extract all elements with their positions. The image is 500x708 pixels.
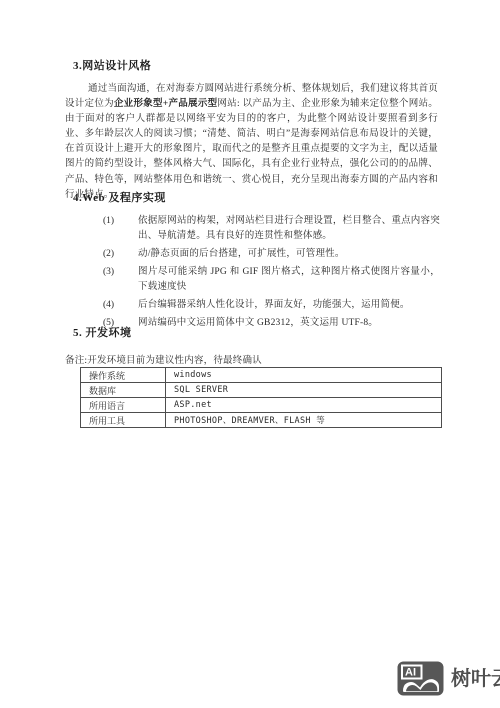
section-heading-web-implementation: 4.Web 及程序实现	[73, 189, 166, 205]
dev-environment-note: 备注:开发环境目前为建议性内容，待最终确认	[65, 352, 262, 366]
list-item-number: (3)	[103, 265, 138, 296]
table-row-label: 所用工具	[81, 413, 166, 428]
table-row-label: 数据库	[81, 383, 166, 398]
design-style-paragraph: 通过当面沟通，在对海泰方圆网站进行系统分析、整体规划后，我们建议将其首页设计定位…	[65, 82, 438, 203]
list-item-number: (2)	[103, 247, 138, 262]
table-row-value: ASP.net	[166, 398, 442, 413]
list-item-text: 网站编码中文运用简体中文 GB2312，英文运用 UTF-8。	[138, 316, 440, 331]
table-row-value: windows	[166, 368, 442, 383]
document-page: 3.网站设计风格 通过当面沟通，在对海泰方圆网站进行系统分析、整体规划后，我们建…	[0, 0, 500, 708]
table-row: 操作系统 windows	[81, 368, 442, 383]
list-item-number: (4)	[103, 298, 138, 313]
watermark-logo: AI 树叶云	[397, 661, 500, 696]
dev-environment-table: 操作系统 windows 数据库 SQL SERVER 所用语言 ASP.net…	[80, 367, 442, 428]
list-item-text: 动/静态页面的后台搭建，可扩展性，可管理性。	[138, 247, 440, 262]
list-item: (2) 动/静态页面的后台搭建，可扩展性，可管理性。	[103, 247, 440, 262]
table-row-label: 所用语言	[81, 398, 166, 413]
list-item: (1) 依据原网站的构架，对网站栏目进行合理设置，栏目整合、重点内容突出、导航清…	[103, 214, 440, 245]
list-item-text: 图片尽可能采纳 JPG 和 GIF 图片格式，这种图片格式使图片容量小，下载速度…	[138, 265, 440, 296]
svg-text:AI: AI	[405, 667, 416, 679]
section-heading-dev-environment: 5. 开发环境	[73, 324, 132, 340]
table-row: 所用语言 ASP.net	[81, 398, 442, 413]
table-row-label: 操作系统	[81, 368, 166, 383]
table-row-value: PHOTOSHOP、DREAMVER、FLASH 等	[166, 413, 442, 428]
list-item-text: 后台编辑器采纳人性化设计，界面友好，功能强大，运用简便。	[138, 298, 440, 313]
table-row-value: SQL SERVER	[166, 383, 442, 398]
table-row: 数据库 SQL SERVER	[81, 383, 442, 398]
section-heading-design-style: 3.网站设计风格	[73, 57, 151, 73]
paragraph-text-after: 网站: 以产品为主、企业形象为辅来定位整个网站。由于面对的客户人群都是以网络平安…	[65, 99, 438, 200]
list-item: (3) 图片尽可能采纳 JPG 和 GIF 图片格式，这种图片格式使图片容量小，…	[103, 265, 440, 296]
list-item-number: (1)	[103, 214, 138, 245]
ai-image-icon: AI	[397, 661, 444, 696]
paragraph-text-bold: 企业形象型+产品展示型	[114, 99, 218, 109]
implementation-list: (1) 依据原网站的构架，对网站栏目进行合理设置，栏目整合、重点内容突出、导航清…	[103, 214, 440, 334]
list-item-text: 依据原网站的构架，对网站栏目进行合理设置，栏目整合、重点内容突出、导航清楚。具有…	[138, 214, 440, 245]
list-item: (5) 网站编码中文运用简体中文 GB2312，英文运用 UTF-8。	[103, 316, 440, 331]
watermark-brand-text: 树叶云	[451, 669, 500, 689]
list-item: (4) 后台编辑器采纳人性化设计，界面友好，功能强大，运用简便。	[103, 298, 440, 313]
table-row: 所用工具 PHOTOSHOP、DREAMVER、FLASH 等	[81, 413, 442, 428]
